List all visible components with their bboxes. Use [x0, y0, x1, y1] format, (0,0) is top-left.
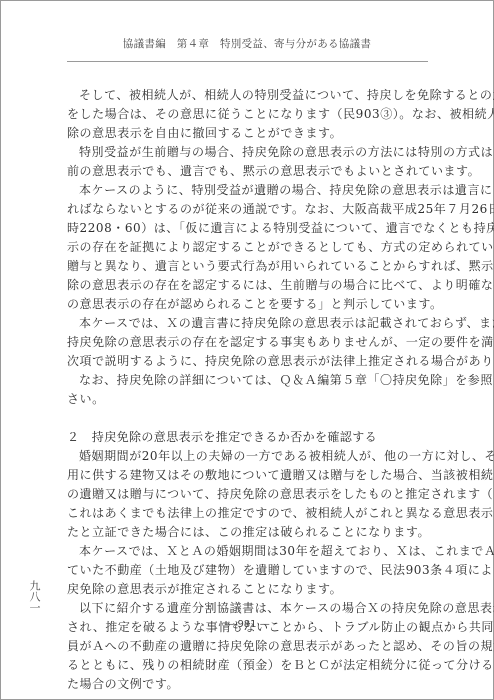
text-line: るとともに、残りの相続財産（預金）をＢとＣが法定相続分に従って分けることとし	[67, 656, 435, 675]
text-line: 本ケースでは、Ｘの遺言書に持戻免除の意思表示は記載されておらず、また黙示の	[67, 314, 435, 333]
body-text: そして、被相続人が、相続人の特別受益について、持戻しを免除するとの意思表示 をし…	[67, 86, 435, 694]
text-line: 時2208・60）は、「仮に遺言による特別受益について、遺言でなくとも持戻免除の…	[67, 219, 435, 238]
text-line: 次項で説明するように、持戻免除の意思表示が法律上推定される場合があります。	[67, 352, 435, 371]
text-line: をした場合は、その意思に従うことになります（民903③）。なお、被相続人は、持戻…	[67, 105, 435, 124]
text-line: 用に供する建物又はその敷地について遺贈又は贈与をした場合、当該被相続人は、そ	[67, 466, 435, 485]
text-line: ていた不動産（土地及び建物）を遺贈していますので、民法903条４項により、Ｘの持	[67, 561, 435, 580]
text-line: ればならないとするのが従来の通説です。なお、大阪高裁平成25年７月26日決定（判	[67, 200, 435, 219]
text-line: た場合の文例です。	[67, 675, 435, 694]
text-line: 婚姻期間が20年以上の夫婦の一方である被相続人が、他の一方に対し、その居住の	[67, 447, 435, 466]
text-line: 戻免除の意思表示が推定されることになります。	[67, 580, 435, 599]
text-line: 除の意思表示を自由に撤回することができます。	[67, 124, 435, 143]
header-rule	[67, 61, 428, 62]
text-line: さい。	[67, 390, 435, 409]
text-line: なお、持戻免除の詳細については、Ｑ＆Ａ編第５章「〇持戻免除」を参照してくだ	[67, 371, 435, 390]
text-line: 前の意思表示でも、遺言でも、黙示の意思表示でもよいとされています。	[67, 162, 435, 181]
text-line: たと立証できた場合には、この推定は破られることになります。	[67, 523, 435, 542]
text-line: 持戻免除の意思表示の存在を認定する事実もありませんが、一定の要件を満たす場合、	[67, 333, 435, 352]
text-line: 本ケースでは、ＸとＡの婚姻期間は30年を超えており、Ｘは、これまでＡと同居し	[67, 542, 435, 561]
text-line: 以下に紹介する遺産分割協議書は、本ケースの場合Ｘの持戻免除の意思表示が推定	[67, 599, 435, 618]
text-line: の意思表示の存在が認められることを要する」と判示しています。	[67, 295, 435, 314]
text-line: の遺贈又は贈与について、持戻免除の意思表示をしたものと推定されます（民903④）…	[67, 485, 435, 504]
text-line: 示の存在を証拠により認定することができるとしても、方式の定められていない生前	[67, 238, 435, 257]
text-line: 員がＡへの不動産の遺贈に持戻免除の意思表示があったと認め、その旨の規定を設け	[67, 637, 435, 656]
text-line: 贈与と異なり、遺言という要式行為が用いられていることからすれば、黙示の持戻免	[67, 257, 435, 276]
text-line: 特別受益が生前贈与の場合、持戻免除の意思表示の方法には特別の方式はなく、生	[67, 143, 435, 162]
spacer	[67, 409, 435, 428]
page-number: — 981 —	[0, 619, 494, 630]
text-line: 除の意思表示の存在を認定するには、生前贈与の場合に比べて、より明確な持戻免除	[67, 276, 435, 295]
text-line: これはあくまでも法律上の推定ですので、被相続人がこれと異なる意思表示をしてい	[67, 504, 435, 523]
side-page-number: 九八一	[27, 580, 41, 613]
section-heading: ２ 持戻免除の意思表示を推定できるか否かを確認する	[67, 428, 435, 447]
text-line: そして、被相続人が、相続人の特別受益について、持戻しを免除するとの意思表示	[67, 86, 435, 105]
text-line: 本ケースのように、特別受益が遺贈の場合、持戻免除の意思表示は遺言によらなけ	[67, 181, 435, 200]
running-head: 協議書編 第４章 特別受益、寄与分がある協議書	[0, 36, 494, 51]
